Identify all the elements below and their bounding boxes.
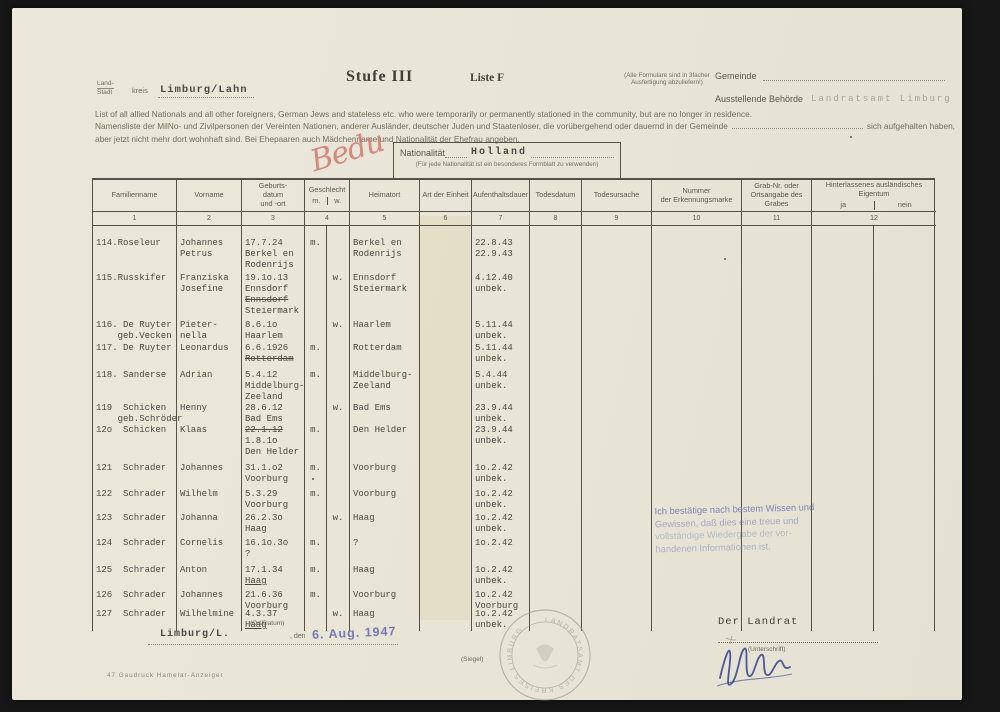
ort-value: Limburg/L.: [160, 629, 230, 640]
form-list-title: Liste F: [470, 72, 504, 84]
cell-vorname: Henny: [176, 402, 241, 424]
cell-familienname: 122 Schrader: [93, 488, 176, 512]
cell-todesdatum: [529, 272, 581, 319]
cell-eigentum-nein: [873, 402, 936, 424]
column-header-geburt: Geburts- datum und -ort: [241, 180, 304, 212]
cell-vorname: FranziskaJosefine: [176, 272, 241, 319]
female-sub-label: w.: [328, 197, 349, 206]
column-number: 5: [349, 212, 419, 226]
cell-vorname: Leonardus: [176, 342, 241, 369]
cell-heimatort: Den Helder: [349, 424, 419, 462]
cell-grab: [741, 342, 811, 369]
scan-speck: [724, 258, 726, 260]
cell-eigentum-nein: [873, 369, 936, 402]
cell-heimatort: Middelburg-Zeeland: [349, 369, 419, 402]
scan-speck: [850, 136, 852, 138]
table-gap-cell: [93, 226, 176, 237]
cell-eigentum-ja: [811, 589, 873, 608]
cell-vorname: Wilhelmine: [176, 608, 241, 631]
nationality-box: Nationalität Holland (Für jede Nationali…: [393, 142, 621, 179]
cell-art-der-einheit: [419, 424, 471, 462]
cell-heimatort: Haarlem: [349, 319, 419, 342]
cell-erkennungsmarke: [651, 272, 741, 319]
cell-geburtsdatum-ort: 28.6.12Bad Ems: [241, 402, 304, 424]
cell-geburtsdatum-ort: 16.1o.3o?: [241, 537, 304, 564]
cell-geburtsdatum-ort: 17.1.34Haag: [241, 564, 304, 589]
cell-geburtsdatum-ort: 5.4.12Middelburg-Zeeland: [241, 369, 304, 402]
cell-geburtsdatum-ort: 5.3.29Voorburg: [241, 488, 304, 512]
cell-familienname: 117. De Ruyter: [93, 342, 176, 369]
behoerde-label: Ausstellende Behörde: [715, 94, 803, 104]
column-number: 3: [241, 212, 304, 226]
column-header-vorname: Vorname: [176, 180, 241, 212]
cell-art-der-einheit: [419, 237, 471, 272]
cell-vorname: Adrian: [176, 369, 241, 402]
column-header-art-der-einheit: Art der Einheit: [419, 180, 471, 212]
cell-aufenthalt: 1o.2.42unbek.: [471, 488, 529, 512]
cell-geschlecht-w: [326, 237, 349, 272]
cell-familienname: 126 Schrader: [93, 589, 176, 608]
cell-geschlecht-w: [326, 424, 349, 462]
cell-grab: [741, 564, 811, 589]
cell-eigentum-ja: [811, 424, 873, 462]
column-number: 1: [93, 212, 176, 226]
cell-eigentum-nein: [873, 564, 936, 589]
printer-footnote: 47 Gaudruck Hamelar-Anzeiger: [107, 672, 224, 679]
cell-geburtsdatum-ort: 6.6.1926Rotterdam: [241, 342, 304, 369]
cell-vorname: Cornelis: [176, 537, 241, 564]
official-round-seal: LANDRATSAMT DES KREISES LIMBURG: [497, 607, 593, 703]
cell-eigentum-ja: [811, 369, 873, 402]
eigentum-subheader: ja nein: [813, 201, 935, 210]
cell-geschlecht-m: m.: [304, 237, 326, 272]
column-number: 8: [529, 212, 581, 226]
landrat-label: Der Landrat: [718, 616, 798, 628]
ja-sub-label: ja: [813, 201, 875, 210]
date-stamp: 6. Aug. 1947: [312, 624, 397, 642]
column-number: 11: [741, 212, 811, 226]
cell-grab: [741, 589, 811, 608]
column-header-erkennungsmarke: Nummer der Erkennungsmarke: [651, 180, 741, 212]
cell-vorname: Johannes: [176, 462, 241, 488]
cell-todesursache: [581, 342, 651, 369]
kreis-label: kreis: [132, 86, 148, 95]
cell-heimatort: Voorburg: [349, 589, 419, 608]
cell-geschlecht-w: [326, 564, 349, 589]
nein-sub-label: nein: [875, 201, 936, 210]
ort-datum-label: (Ort/Datum): [250, 620, 284, 628]
cell-aufenthalt: 23.9.44unbek.: [471, 402, 529, 424]
cell-grab: [741, 424, 811, 462]
cell-heimatort: Haag: [349, 512, 419, 537]
cell-geschlecht-m: m.: [304, 537, 326, 564]
cell-grab: [741, 272, 811, 319]
cell-aufenthalt: 1o.2.42unbek.: [471, 462, 529, 488]
table-gap-cell: [741, 226, 811, 237]
cell-art-der-einheit: [419, 512, 471, 537]
table-gap-cell: [349, 226, 419, 237]
cell-vorname: Johanna: [176, 512, 241, 537]
cell-familienname: 12o Schicken: [93, 424, 176, 462]
gemeinde-label: Gemeinde: [715, 71, 757, 81]
cell-todesursache: [581, 272, 651, 319]
cell-vorname: Anton: [176, 564, 241, 589]
cell-eigentum-ja: [811, 237, 873, 272]
table-gap-cell: [176, 226, 241, 237]
column-number: 7: [471, 212, 529, 226]
blank-dotted-line: [732, 121, 863, 129]
table-gap-cell: [581, 226, 651, 237]
gemeinde-row: Gemeinde: [715, 71, 945, 81]
cell-geschlecht-w: w.: [326, 512, 349, 537]
scan-speck: [312, 478, 314, 480]
dotted-filler: [445, 157, 467, 158]
cell-familienname: 121 Schrader: [93, 462, 176, 488]
male-sub-label: m.: [306, 197, 328, 206]
column-header-grab: Grab-Nr. oder Ortsangabe des Grabes: [741, 180, 811, 212]
column-header-heimatort: Heimatort: [349, 180, 419, 212]
kreis-type-fraction: Land- Stadt: [97, 80, 114, 96]
cell-heimatort: Berkel enRodenrijs: [349, 237, 419, 272]
red-pencil-annotation: Bedu: [307, 124, 388, 179]
cell-geburtsdatum-ort: 8.6.1oHaarlem: [241, 319, 304, 342]
cell-eigentum-nein: [873, 589, 936, 608]
cell-geburtsdatum-ort: 19.1o.13EnnsdorfEnnsdorfSteiermark: [241, 272, 304, 319]
cell-vorname: Pieter-nella: [176, 319, 241, 342]
cell-geschlecht-m: [304, 402, 326, 424]
cell-art-der-einheit: [419, 402, 471, 424]
geschlecht-label: Geschlecht: [309, 186, 346, 195]
cell-geburtsdatum-ort: 31.1.o2Voorburg: [241, 462, 304, 488]
cell-erkennungsmarke: [651, 342, 741, 369]
cell-erkennungsmarke: [651, 424, 741, 462]
nationality-value: Holland: [471, 147, 527, 158]
cell-eigentum-ja: [811, 462, 873, 488]
column-number: 4: [304, 212, 349, 226]
cell-familienname: 125 Schrader: [93, 564, 176, 589]
cell-todesdatum: [529, 342, 581, 369]
cell-erkennungsmarke: [651, 589, 741, 608]
cell-vorname: Klaas: [176, 424, 241, 462]
cell-todesdatum: [529, 537, 581, 564]
stadt-label: Stadt: [97, 89, 114, 96]
cell-todesursache: [581, 319, 651, 342]
cell-grab: [741, 402, 811, 424]
cell-eigentum-ja: [811, 402, 873, 424]
cell-vorname: Johannes: [176, 589, 241, 608]
instructions-german-text: Namensliste der MilNo- und Zivilpersonen…: [95, 121, 728, 131]
cell-art-der-einheit: [419, 488, 471, 512]
cell-geburtsdatum-ort: 21.6.36Voorburg: [241, 589, 304, 608]
cell-erkennungsmarke: [651, 462, 741, 488]
geschlecht-subheader: m. w.: [306, 197, 348, 206]
cell-familienname: 115.Russkifer: [93, 272, 176, 319]
cell-eigentum-ja: [811, 272, 873, 319]
cell-art-der-einheit: [419, 369, 471, 402]
nationality-note: (Für jede Nationalität ist ein besondere…: [400, 161, 614, 168]
cell-art-der-einheit: [419, 319, 471, 342]
column-header-familienname: Familienname: [93, 180, 176, 212]
cell-todesursache: [581, 537, 651, 564]
cell-todesdatum: [529, 462, 581, 488]
instructions-english: List of all allied Nationals and all oth…: [95, 109, 955, 119]
cell-familienname: 119 Schicken geb.Schröder: [93, 402, 176, 424]
cell-art-der-einheit: [419, 608, 471, 631]
cell-todesdatum: [529, 402, 581, 424]
cell-aufenthalt: 1o.2.42Voorburg: [471, 589, 529, 608]
cell-aufenthalt: 5.11.44unbek.: [471, 319, 529, 342]
cell-geschlecht-m: m.: [304, 369, 326, 402]
cell-art-der-einheit: [419, 564, 471, 589]
table-gap-cell: [304, 226, 326, 237]
column-header-todesursache: Todesursache: [581, 180, 651, 212]
cell-grab: [741, 462, 811, 488]
cell-todesursache: [581, 564, 651, 589]
cell-geschlecht-m: m.: [304, 424, 326, 462]
table-gap-cell: [471, 226, 529, 237]
cell-aufenthalt: 23.9.44unbek.: [471, 424, 529, 462]
eigentum-label: Hinterlassenes ausländisches Eigentum: [813, 181, 935, 199]
cell-grab: [741, 369, 811, 402]
cell-todesdatum: [529, 237, 581, 272]
cell-eigentum-ja: [811, 564, 873, 589]
table-gap-cell: [529, 226, 581, 237]
cell-todesdatum: [529, 488, 581, 512]
behoerde-value: Landratsamt Limburg: [811, 94, 952, 104]
cell-eigentum-nein: [873, 462, 936, 488]
cell-familienname: 114.Roseleur: [93, 237, 176, 272]
cell-geburtsdatum-ort: 22.1.121.8.1oDen Helder: [241, 424, 304, 462]
cell-todesursache: [581, 424, 651, 462]
cell-erkennungsmarke: [651, 237, 741, 272]
cell-familienname: 127 Schrader: [93, 608, 176, 631]
cell-todesursache: [581, 369, 651, 402]
siegel-label: (Siegel): [461, 656, 483, 664]
cell-geschlecht-w: w.: [326, 402, 349, 424]
cell-eigentum-nein: [873, 608, 936, 631]
cell-eigentum-nein: [873, 237, 936, 272]
gemeinde-blank-line: [763, 80, 945, 81]
cell-eigentum-nein: [873, 319, 936, 342]
cell-todesdatum: [529, 564, 581, 589]
table-gap-cell: [811, 226, 873, 237]
roster-table: Familienname Vorname Geburts- datum und …: [92, 178, 935, 631]
cell-geschlecht-m: m.: [304, 488, 326, 512]
kreis-value: Limburg/Lahn: [158, 84, 254, 98]
cell-heimatort: Voorburg: [349, 462, 419, 488]
cell-heimatort: Haag: [349, 564, 419, 589]
cell-art-der-einheit: [419, 537, 471, 564]
cell-todesdatum: [529, 512, 581, 537]
cell-art-der-einheit: [419, 272, 471, 319]
cell-vorname: Wilhelm: [176, 488, 241, 512]
cell-erkennungsmarke: [651, 564, 741, 589]
certification-stamp: Ich bestätige nach bestem Wissen und Gew…: [654, 499, 915, 556]
instructions-german-line1: Namensliste der MilNo- und Zivilpersonen…: [95, 121, 955, 131]
land-label: Land-: [97, 80, 114, 89]
cell-eigentum-ja: [811, 608, 873, 631]
cell-aufenthalt: 4.12.40unbek.: [471, 272, 529, 319]
cell-geschlecht-m: m.: [304, 342, 326, 369]
column-number: 12: [811, 212, 936, 226]
column-header-eigentum: Hinterlassenes ausländisches Eigentum ja…: [811, 180, 936, 212]
cell-geburtsdatum-ort: 26.2.3oHaag: [241, 512, 304, 537]
cell-todesursache: [581, 462, 651, 488]
cell-geschlecht-m: [304, 272, 326, 319]
cell-geschlecht-w: w.: [326, 272, 349, 319]
cell-grab: [741, 237, 811, 272]
cell-geschlecht-w: [326, 537, 349, 564]
cell-todesdatum: [529, 589, 581, 608]
column-number: 6: [419, 212, 471, 226]
cell-familienname: 116. De Ruyter geb.Vecken: [93, 319, 176, 342]
cell-familienname: 118. Sanderse: [93, 369, 176, 402]
den-label: , den: [290, 633, 306, 640]
cell-geschlecht-w: [326, 488, 349, 512]
cell-todesursache: [581, 237, 651, 272]
cell-geschlecht-w: [326, 342, 349, 369]
cell-aufenthalt: 1o.2.42unbek.: [471, 564, 529, 589]
cell-geschlecht-w: [326, 462, 349, 488]
cell-eigentum-nein: [873, 342, 936, 369]
instructions-german-suffix: sich aufgehalten haben,: [867, 121, 955, 131]
form-grade-title: Stufe III: [346, 68, 413, 86]
seal-eagle-emblem: [536, 645, 554, 662]
cell-todesdatum: [529, 424, 581, 462]
cell-heimatort: Bad Ems: [349, 402, 419, 424]
cell-familienname: 124 Schrader: [93, 537, 176, 564]
cell-geschlecht-m: m.: [304, 462, 326, 488]
column-number: 10: [651, 212, 741, 226]
cell-todesursache: [581, 488, 651, 512]
cell-eigentum-ja: [811, 342, 873, 369]
table-gap-cell: [419, 226, 471, 237]
cell-heimatort: ?: [349, 537, 419, 564]
cell-vorname: JohannesPetrus: [176, 237, 241, 272]
column-number: 9: [581, 212, 651, 226]
cell-art-der-einheit: [419, 589, 471, 608]
ink-signature: [712, 634, 842, 696]
cell-aufenthalt: 22.8.4322.9.43: [471, 237, 529, 272]
cell-erkennungsmarke: [651, 319, 741, 342]
cell-eigentum-ja: [811, 319, 873, 342]
table-gap-cell: [651, 226, 741, 237]
cell-aufenthalt: 1o.2.42unbek.: [471, 512, 529, 537]
scanned-document-page: Stufe III Liste F (Alle Formulare sind i…: [12, 8, 962, 700]
table-gap-cell: [241, 226, 304, 237]
cell-heimatort: Voorburg: [349, 488, 419, 512]
behoerde-row: Ausstellende Behörde Landratsamt Limburg: [715, 94, 955, 104]
cell-aufenthalt: 5.11.44unbek.: [471, 342, 529, 369]
column-header-geschlecht: Geschlecht m. w.: [304, 180, 349, 212]
cell-aufenthalt: 5.4.44unbek.: [471, 369, 529, 402]
table-gap-cell: [326, 226, 349, 237]
table-gap-cell: [873, 226, 936, 237]
cell-erkennungsmarke: [651, 402, 741, 424]
cell-familienname: 123 Schrader: [93, 512, 176, 537]
cell-geschlecht-w: [326, 589, 349, 608]
cell-todesdatum: [529, 369, 581, 402]
cell-eigentum-nein: [873, 272, 936, 319]
cell-geburtsdatum-ort: 17.7.24Berkel enRodenrijs: [241, 237, 304, 272]
column-number: 2: [176, 212, 241, 226]
cell-geschlecht-m: m.: [304, 589, 326, 608]
cell-geschlecht-m: [304, 319, 326, 342]
cell-heimatort: EnnsdorfSteiermark: [349, 272, 419, 319]
cell-erkennungsmarke: [651, 369, 741, 402]
cell-aufenthalt: 1o.2.42: [471, 537, 529, 564]
column-header-aufenthaltsdauer: Aufenthaltsdauer: [471, 180, 529, 212]
cell-eigentum-nein: [873, 424, 936, 462]
cell-todesursache: [581, 402, 651, 424]
cell-heimatort: Rotterdam: [349, 342, 419, 369]
column-header-todesdatum: Todesdatum: [529, 180, 581, 212]
nationality-label: Nationalität: [400, 148, 445, 158]
cell-geschlecht-w: [326, 369, 349, 402]
cell-todesdatum: [529, 319, 581, 342]
cell-todesursache: [581, 512, 651, 537]
dotted-filler: [531, 157, 614, 158]
cell-geschlecht-m: m.: [304, 564, 326, 589]
cell-grab: [741, 319, 811, 342]
cell-art-der-einheit: [419, 342, 471, 369]
cell-todesursache: [581, 589, 651, 608]
cell-geschlecht-w: w.: [326, 319, 349, 342]
cell-art-der-einheit: [419, 462, 471, 488]
cell-geschlecht-m: [304, 512, 326, 537]
ort-dotted-line: [148, 644, 398, 645]
